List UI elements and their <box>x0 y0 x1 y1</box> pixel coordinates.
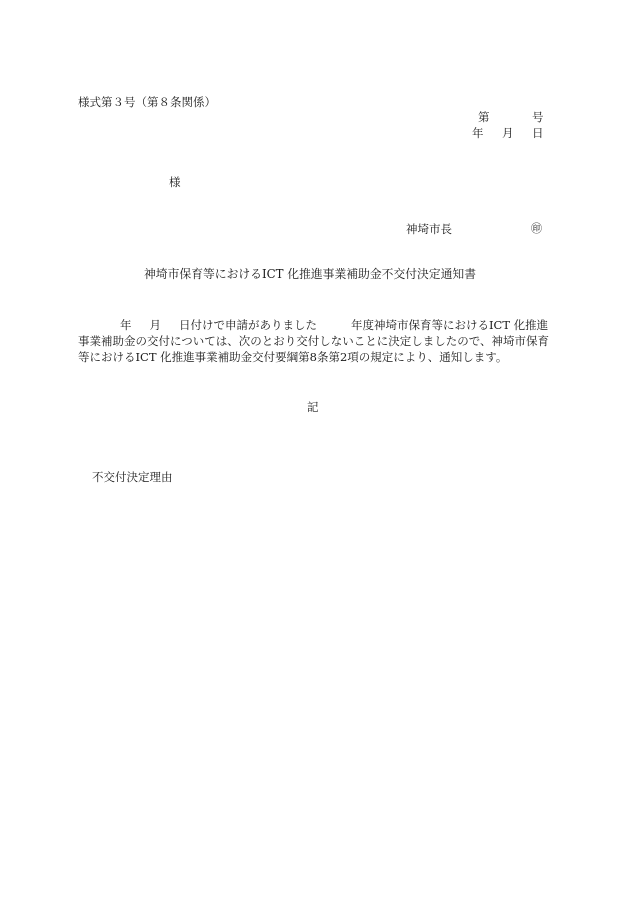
date-year-label: 年 <box>472 125 484 141</box>
body-month-label: 月 <box>150 318 162 332</box>
document-title: 神埼市保育等におけるICT 化推進事業補助金不交付決定通知書 <box>144 266 476 282</box>
body-fiscal-year-text: 年度神埼市保育等におけるICT 化推進 <box>351 318 548 332</box>
date-day-label: 日 <box>532 125 544 141</box>
date-month-label: 月 <box>502 125 514 141</box>
seal-icon: ㊞ <box>531 221 542 237</box>
body-year-label: 年 <box>120 318 132 332</box>
body-line-2: 事業補助金の交付については、次のとおり交付しないことに決定しましたので、神埼市保… <box>78 333 548 349</box>
form-number: 様式第３号（第８条関係） <box>78 94 216 110</box>
sender-title: 神埼市長 <box>406 221 452 237</box>
body-line-3: 等におけるICT 化推進事業補助金交付要綱第8条第2項の規定により、通知します。 <box>78 349 548 365</box>
addressee-honorific: 様 <box>169 174 181 190</box>
body-line-1: 年月日付けで申請がありました年度神埼市保育等におけるICT 化推進 <box>78 317 548 333</box>
document-number-suffix: 号 <box>532 109 544 125</box>
body-paragraph: 年月日付けで申請がありました年度神埼市保育等におけるICT 化推進 事業補助金の… <box>78 317 548 365</box>
body-application-text: 日付けで申請がありました <box>179 318 317 332</box>
document-number-prefix: 第 <box>478 109 490 125</box>
non-grant-reason-label: 不交付決定理由 <box>92 469 173 485</box>
record-heading: 記 <box>307 399 319 415</box>
